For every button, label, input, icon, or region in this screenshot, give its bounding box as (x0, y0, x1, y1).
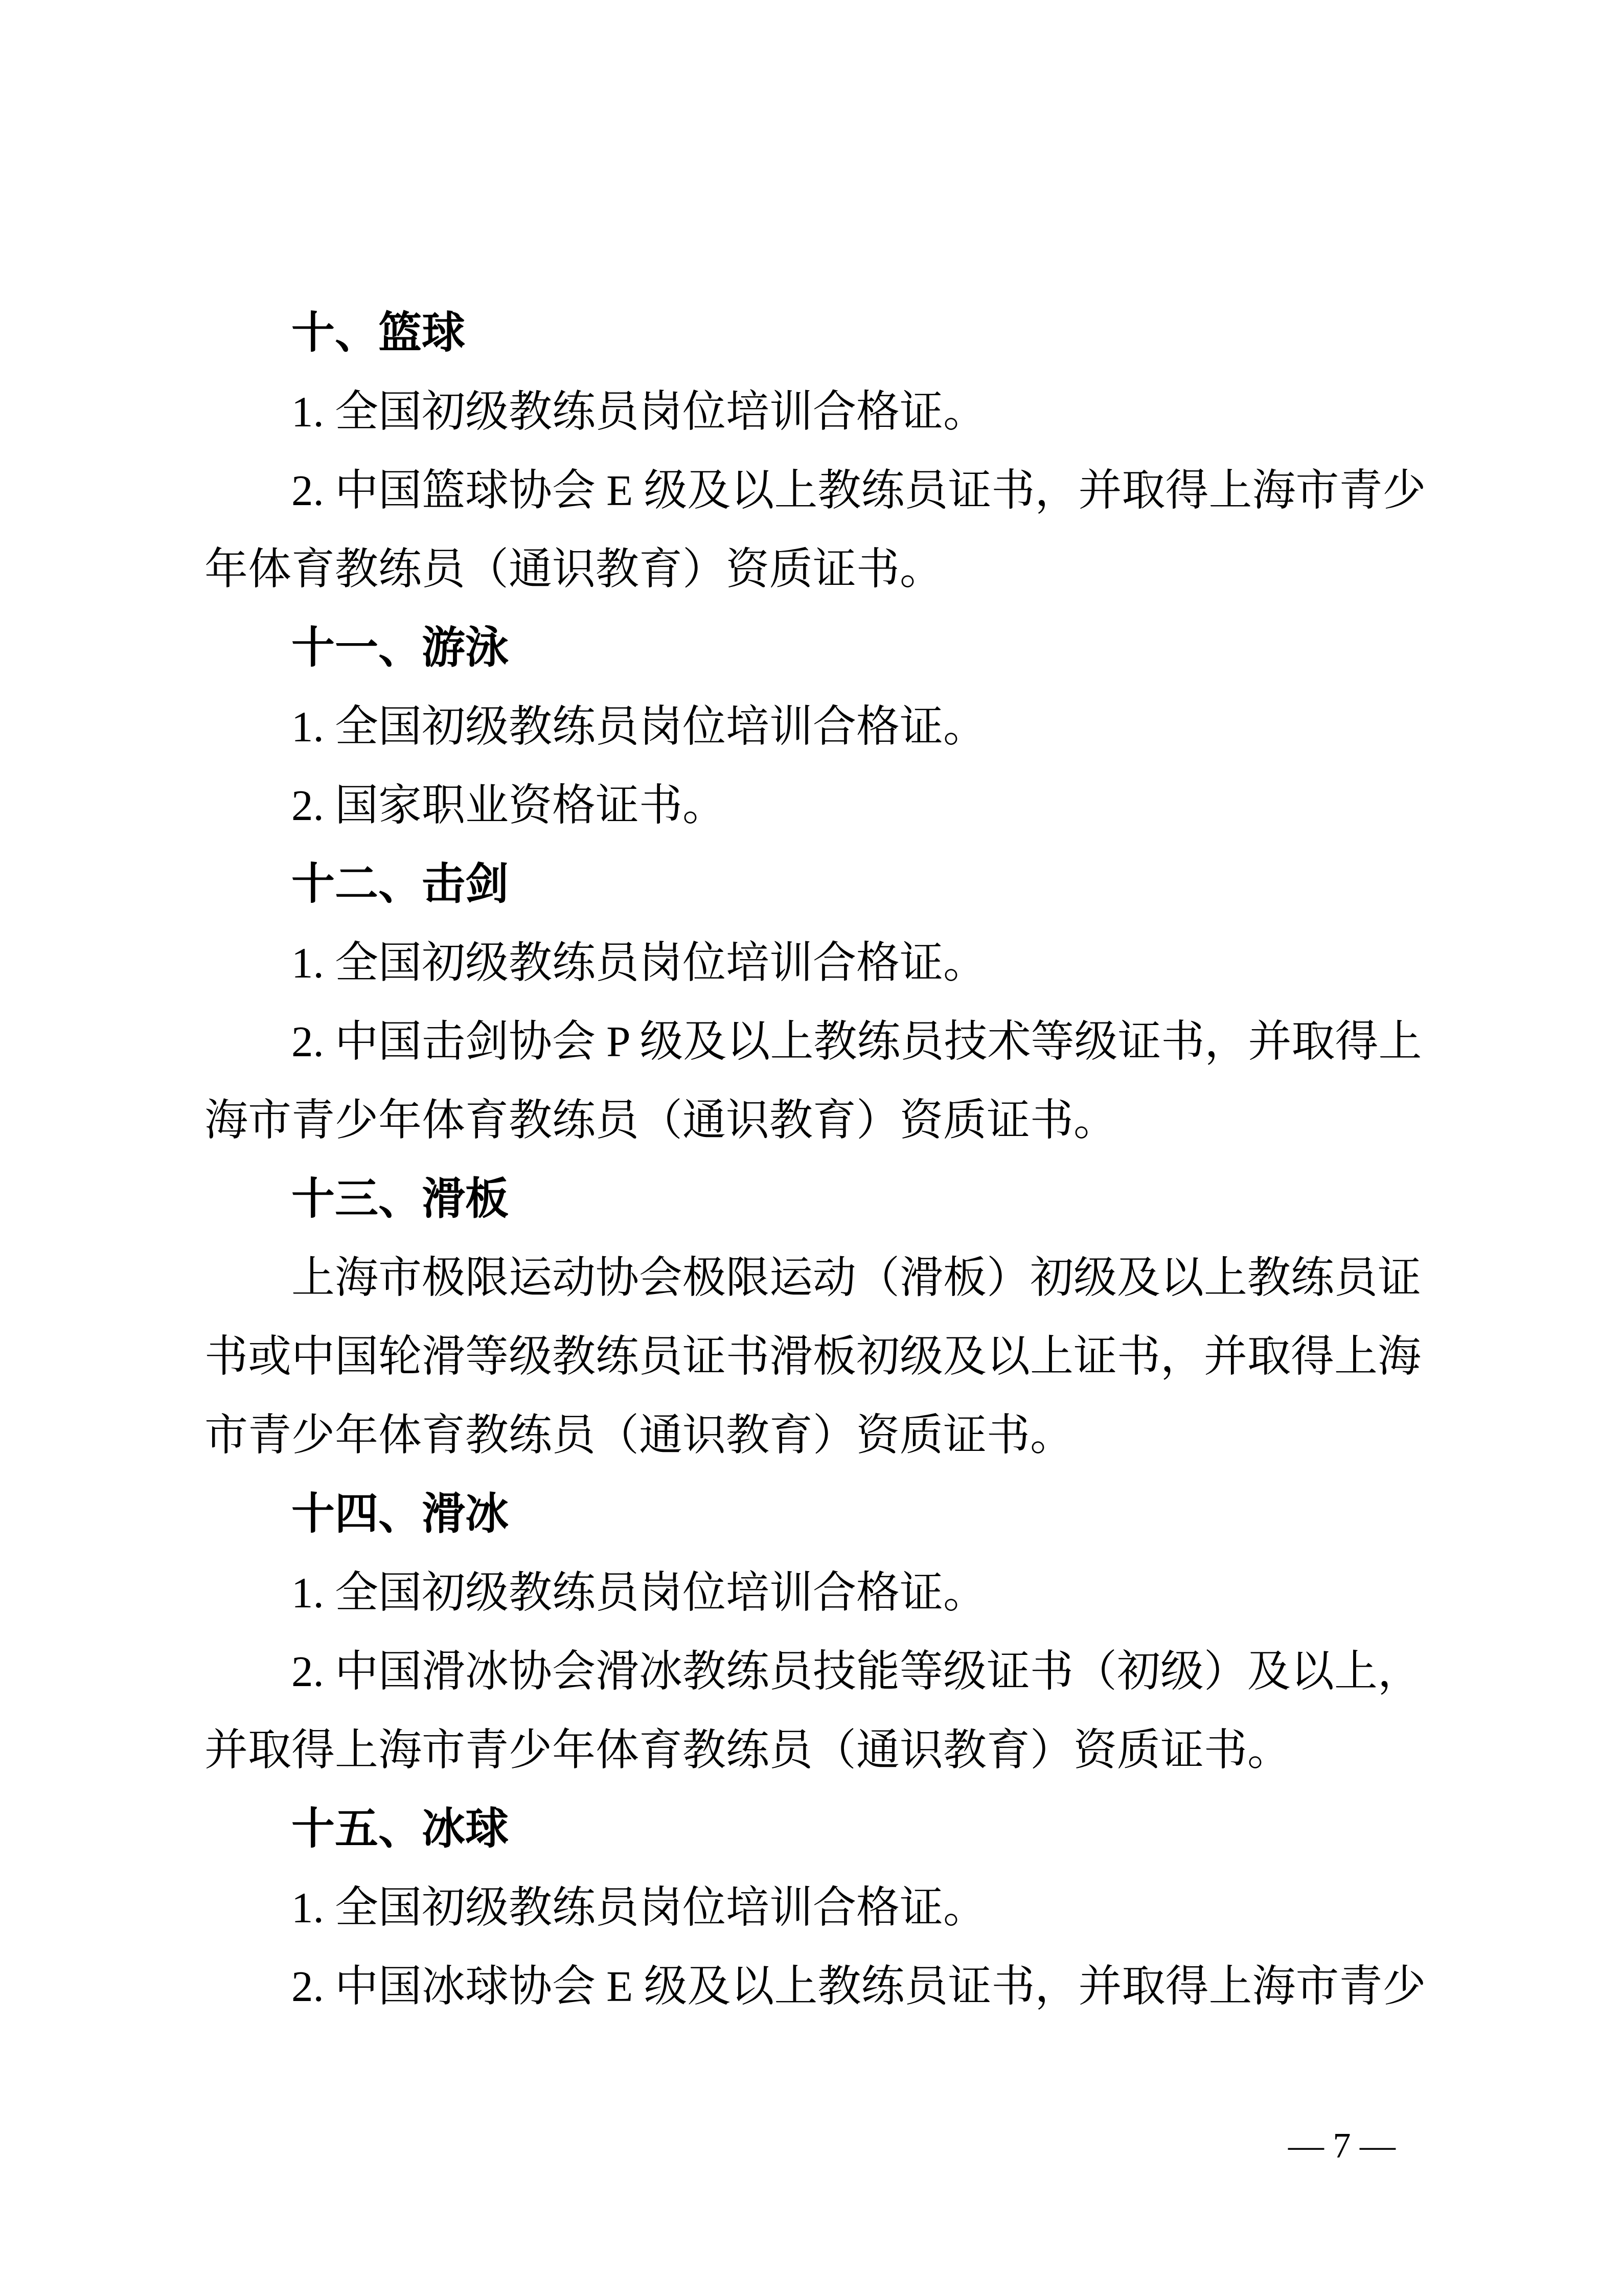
paragraph-line: 2. 国家职业资格证书。 (204, 766, 1431, 845)
document-body: 十、篮球 1. 全国初级教练员岗位培训合格证。 2. 中国篮球协会 E 级及以上… (204, 294, 1431, 2026)
section-heading-ice-hockey: 十五、冰球 (204, 1790, 1431, 1869)
section-heading-skating: 十四、滑冰 (204, 1475, 1431, 1554)
document-page: 十、篮球 1. 全国初级教练员岗位培训合格证。 2. 中国篮球协会 E 级及以上… (0, 0, 1623, 2296)
paragraph-line: 1. 全国初级教练员岗位培训合格证。 (204, 688, 1431, 766)
section-heading-basketball: 十、篮球 (204, 294, 1431, 373)
paragraph-line: 2. 中国篮球协会 E 级及以上教练员证书，并取得上海市青少 (204, 451, 1431, 530)
section-heading-swimming: 十一、游泳 (204, 609, 1431, 688)
paragraph-line: 书或中国轮滑等级教练员证书滑板初级及以上证书，并取得上海 (204, 1317, 1431, 1396)
section-heading-fencing: 十二、击剑 (204, 845, 1431, 924)
paragraph-line: 1. 全国初级教练员岗位培训合格证。 (204, 1554, 1431, 1632)
paragraph-line: 上海市极限运动协会极限运动（滑板）初级及以上教练员证 (204, 1239, 1431, 1317)
paragraph-line: 1. 全国初级教练员岗位培训合格证。 (204, 924, 1431, 1003)
paragraph-line: 年体育教练员（通识教育）资质证书。 (204, 530, 1431, 609)
paragraph-line: 1. 全国初级教练员岗位培训合格证。 (204, 373, 1431, 451)
paragraph-line: 2. 中国冰球协会 E 级及以上教练员证书，并取得上海市青少 (204, 1947, 1431, 2026)
paragraph-line: 海市青少年体育教练员（通识教育）资质证书。 (204, 1081, 1431, 1160)
section-heading-skateboarding: 十三、滑板 (204, 1160, 1431, 1239)
paragraph-line: 并取得上海市青少年体育教练员（通识教育）资质证书。 (204, 1711, 1431, 1790)
paragraph-line: 2. 中国击剑协会 P 级及以上教练员技术等级证书，并取得上 (204, 1003, 1431, 1081)
page-number: — 7 — (1288, 2126, 1396, 2167)
paragraph-line: 市青少年体育教练员（通识教育）资质证书。 (204, 1396, 1431, 1475)
paragraph-line: 1. 全国初级教练员岗位培训合格证。 (204, 1869, 1431, 1947)
paragraph-line: 2. 中国滑冰协会滑冰教练员技能等级证书（初级）及以上， (204, 1632, 1431, 1711)
